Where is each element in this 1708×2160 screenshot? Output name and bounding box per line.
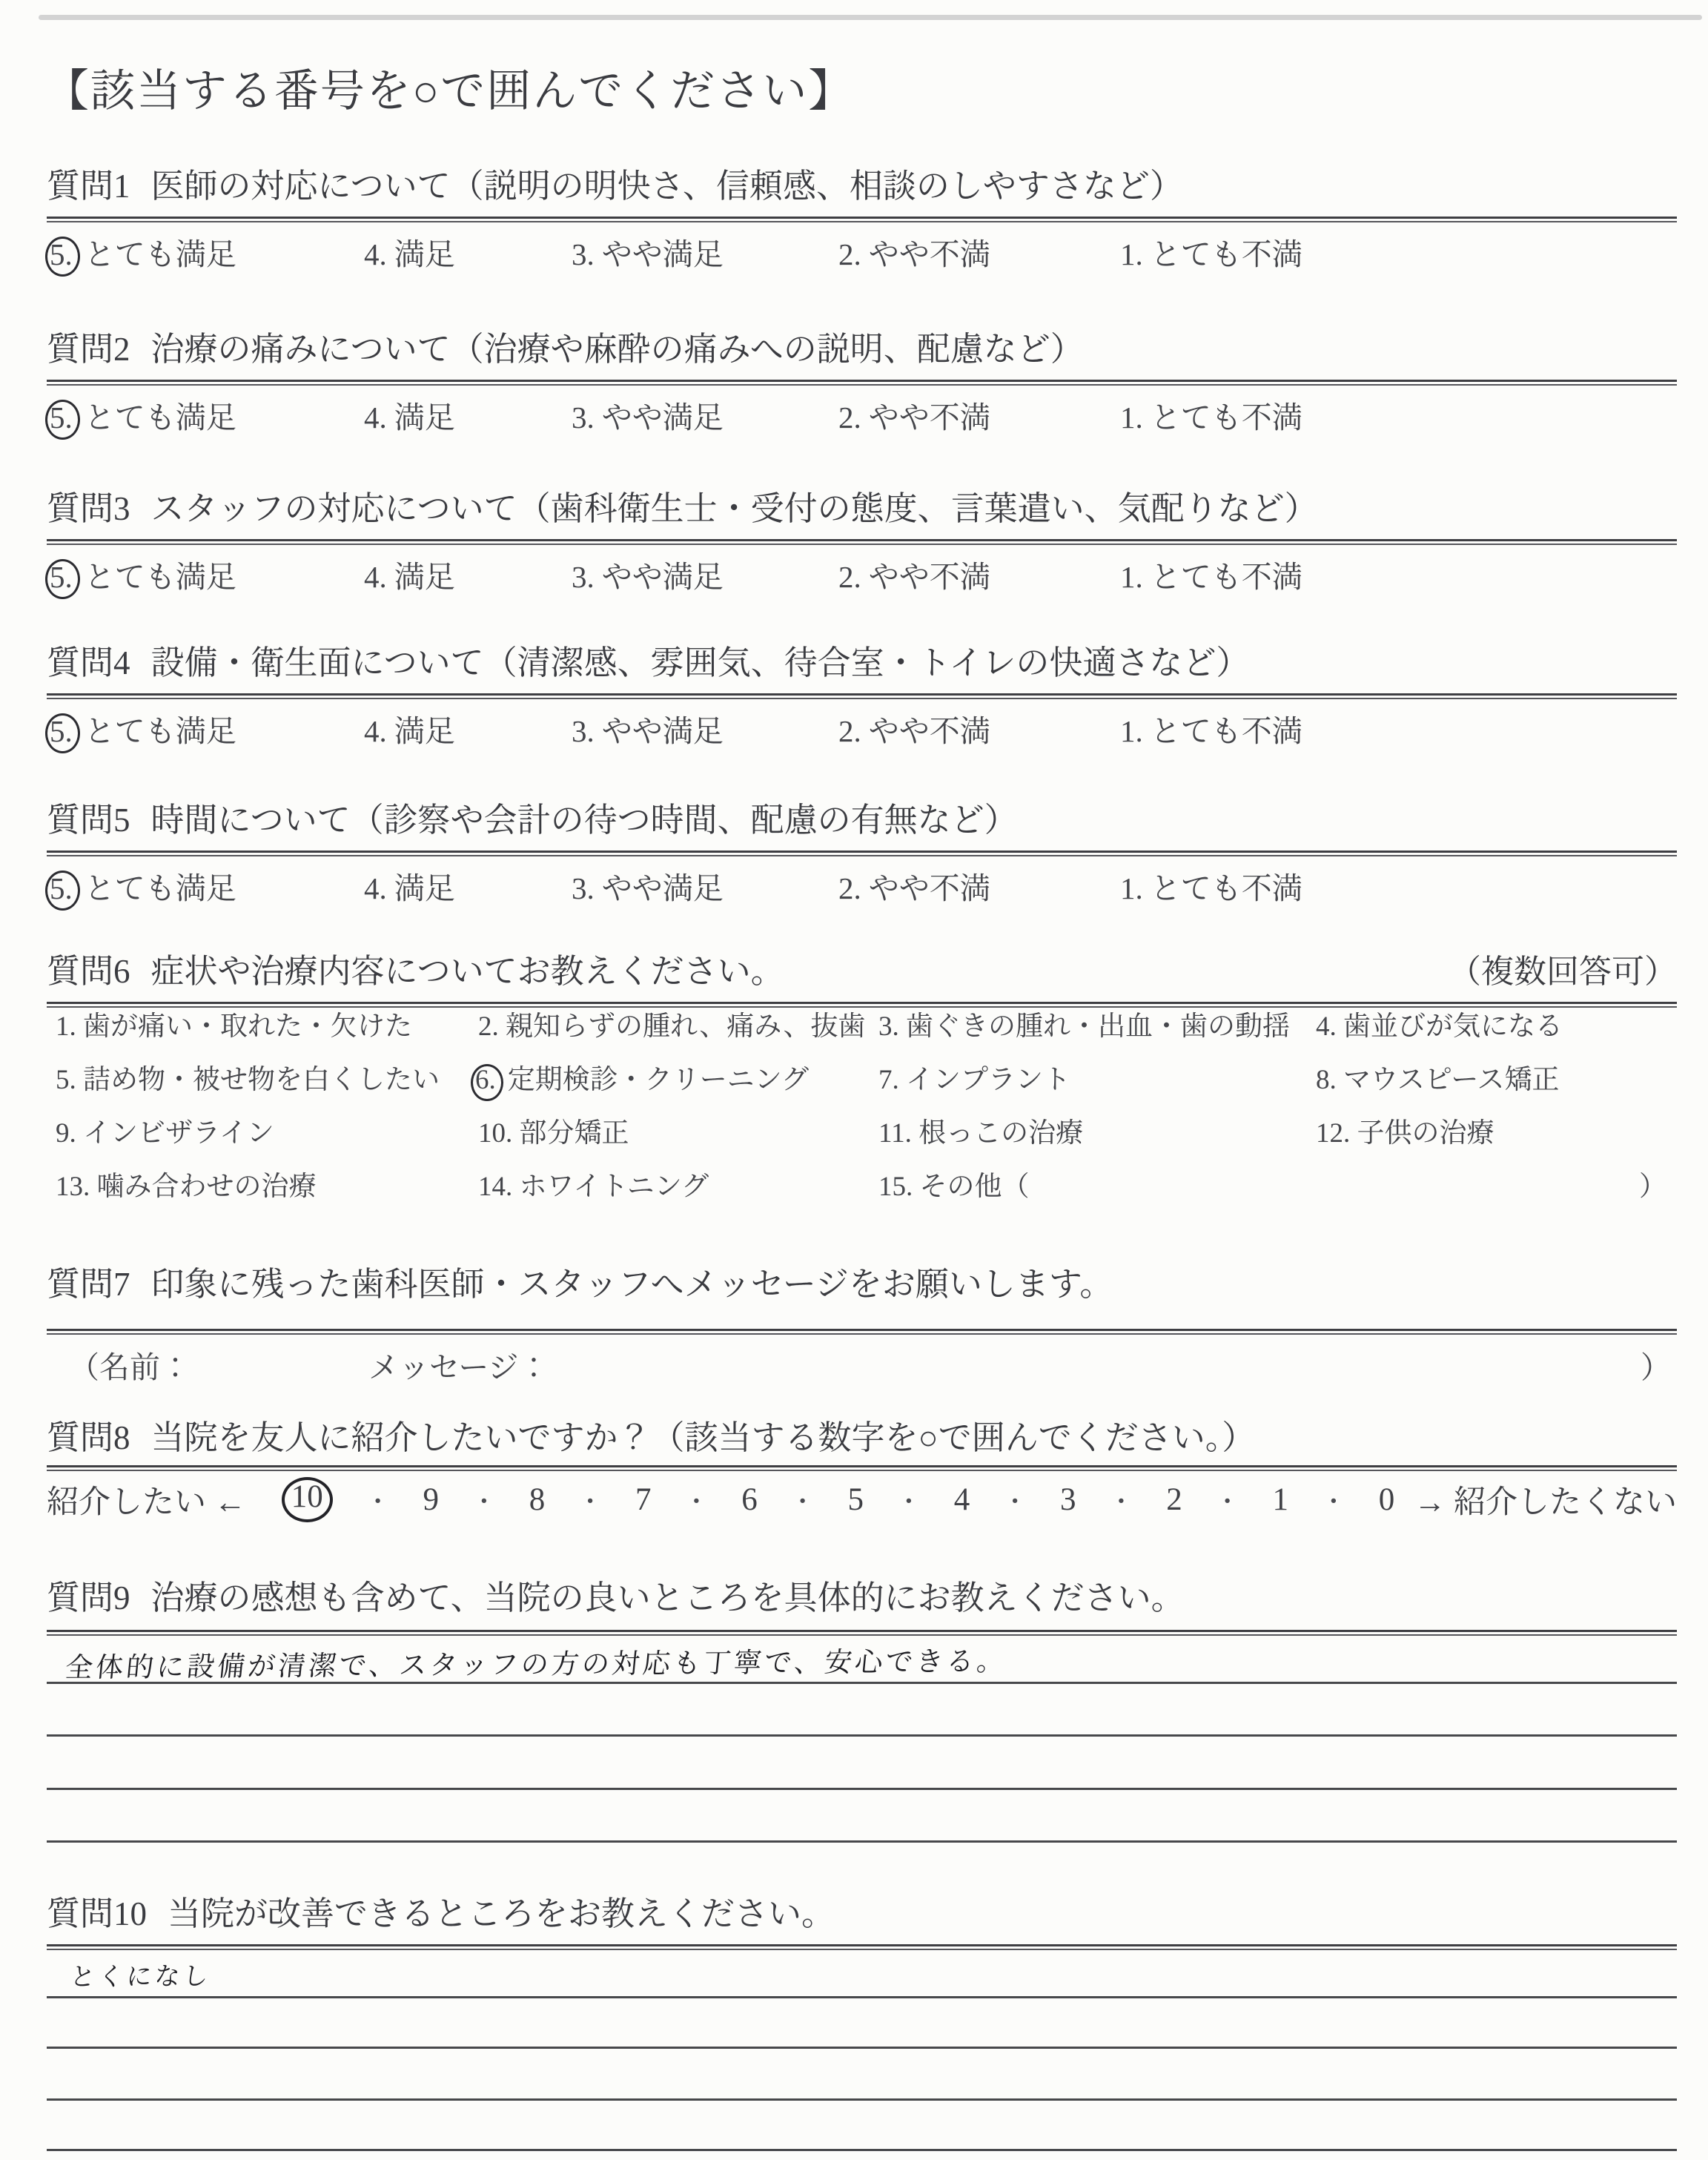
option-number: 10. (478, 1118, 512, 1149)
name-message-row: （名前： メッセージ： ） (47, 1343, 1677, 1387)
option-label: とても不満 (1151, 400, 1302, 435)
handwritten-answer: とくになし (69, 1955, 213, 1992)
rating-option-4: 4.満足 (364, 707, 455, 750)
option-number: 4. (1316, 1011, 1337, 1042)
writing-line (47, 2098, 1677, 2101)
option-label: 子供の治療 (1357, 1118, 1494, 1149)
question-9-title: 質問9治療の感想も含めて、当院の良いところを具体的にお教えください。 (47, 1576, 1677, 1619)
rating-option-1: 1.とても不満 (1120, 864, 1302, 908)
question-number: 質問8 (47, 1419, 130, 1456)
scale-number-1: 1 (1273, 1482, 1289, 1518)
rating-option-2: 2.やや不満 (838, 864, 990, 908)
writing-line (47, 2149, 1677, 2151)
question-5-section: 質問5時間について（診察や会計の待つ時間、配慮の有無など） 5.とても満足 4.… (47, 799, 1677, 842)
option-label: やや不満 (869, 560, 990, 594)
option-number: 2. (838, 871, 861, 905)
symptom-option-3: 3. 歯ぐきの腫れ・出血・歯の動揺 (878, 1010, 1316, 1044)
question-9-section: 質問9治療の感想も含めて、当院の良いところを具体的にお教えください。 全体的に設… (47, 1576, 1677, 1619)
option-label: 噛み合わせの治療 (97, 1172, 317, 1202)
scale-number-3: 3 (1060, 1482, 1076, 1518)
question-3-section: 質問3スタッフの対応について（歯科衛生士・受付の態度、言葉遣い、気配りなど） 5… (47, 487, 1677, 530)
message-field-label: メッセージ： (368, 1343, 549, 1387)
option-label: とても満足 (85, 871, 236, 905)
question-2-section: 質問2治療の痛みについて（治療や麻酔の痛みへの説明、配慮など） 5.とても満足 … (47, 328, 1677, 371)
option-label: 満足 (394, 560, 455, 594)
symptom-option-9: 9. インビザライン (56, 1117, 478, 1151)
dot-separator: ・ (1321, 1482, 1346, 1518)
option-number: 4. (364, 400, 387, 435)
question-10-title: 質問10当院が改善できるところをお教えください。 (47, 1892, 1677, 1935)
divider-rule (47, 693, 1677, 699)
rating-option-4: 4.満足 (364, 552, 455, 596)
question-text: 当院が改善できるところをお教えください。 (168, 1895, 835, 1932)
option-label: インビザライン (83, 1118, 274, 1149)
divider-rule (47, 1944, 1677, 1950)
option-number: 8. (1316, 1065, 1337, 1095)
rating-option-1: 1.とても不満 (1120, 707, 1302, 750)
option-label: とても満足 (85, 400, 236, 435)
scale-number-2: 2 (1166, 1482, 1182, 1518)
option-label: やや満足 (602, 237, 724, 271)
option-number: 7. (878, 1065, 899, 1095)
rating-options-q5: 5.とても満足 4.満足 3.やや満足 2.やや不満 1.とても不満 (47, 864, 1677, 907)
writing-line (47, 1682, 1677, 1684)
question-number: 質問7 (47, 1266, 130, 1303)
question-text: 治療の痛みについて（治療や麻酔の痛みへの説明、配慮など） (151, 331, 1084, 368)
rating-option-4: 4.満足 (364, 230, 455, 274)
question-text: 時間について（診察や会計の待つ時間、配慮の有無など） (151, 802, 1018, 839)
question-text: 印象に残った歯科医師・スタッフへメッセージをお願いします。 (151, 1266, 1113, 1303)
rating-option-3: 3.やや満足 (572, 552, 724, 596)
option-label: 歯並びが気になる (1343, 1011, 1563, 1042)
option-number: 1. (1120, 560, 1143, 594)
option-number: 2. (838, 237, 861, 271)
rating-option-5-selected: 5.とても満足 (53, 707, 236, 752)
rating-option-3: 3.やや満足 (572, 230, 724, 274)
rating-option-3: 3.やや満足 (572, 864, 724, 908)
rating-options-q3: 5.とても満足 4.満足 3.やや満足 2.やや不満 1.とても不満 (47, 552, 1677, 595)
question-number: 質問5 (47, 802, 130, 839)
option-number: 4. (364, 237, 387, 271)
question-number: 質問6 (47, 953, 130, 990)
option-label: 部分矯正 (520, 1118, 629, 1149)
handdrawn-circle: 5. (45, 559, 80, 599)
option-label: 歯が痛い・取れた・欠けた (83, 1011, 412, 1042)
question-number: 質問3 (47, 490, 130, 527)
dot-separator: ・ (471, 1482, 497, 1518)
option-number: 3. (572, 400, 595, 435)
symptom-option-15-other: 15. その他（ (878, 1170, 1316, 1204)
writing-line (47, 1788, 1677, 1790)
question-10-section: 質問10当院が改善できるところをお教えください。 とくになし (47, 1892, 1677, 1935)
divider-rule (47, 1329, 1677, 1335)
option-number: 2. (838, 400, 861, 435)
option-number: 3. (878, 1011, 899, 1042)
option-label: やや不満 (869, 237, 990, 271)
page-title: 【該当する番号を○で囲んでください】 (44, 65, 854, 117)
option-label: やや満足 (602, 400, 724, 435)
question-text: 症状や治療内容についてお教えください。 (151, 953, 784, 990)
option-number: 2. (478, 1011, 499, 1042)
option-label: その他（ (920, 1172, 1030, 1202)
scale-number-6: 6 (741, 1482, 758, 1518)
survey-form-page: 【該当する番号を○で囲んでください】 質問1医師の対応について（説明の明快さ、信… (0, 0, 1708, 2160)
option-number: 13. (56, 1172, 90, 1202)
option-label: 満足 (394, 400, 455, 435)
divider-rule (47, 217, 1677, 222)
option-label: 親知らずの腫れ、痛み、抜歯 (506, 1011, 865, 1042)
dot-separator: ・ (1215, 1482, 1240, 1518)
question-7-section: 質問7印象に残った歯科医師・スタッフへメッセージをお願いします。 （名前： メッ… (47, 1263, 1677, 1306)
question-text: 当院を友人に紹介したいですか？（該当する数字を○で囲んでください。） (151, 1419, 1256, 1456)
question-8-section: 質問8当院を友人に紹介したいですか？（該当する数字を○で囲んでください。） 紹介… (47, 1416, 1677, 1459)
close-paren: ） (1641, 1343, 1671, 1387)
rating-option-1: 1.とても不満 (1120, 552, 1302, 596)
scale-left-label: 紹介したい ← (47, 1477, 246, 1522)
handdrawn-circle: 5. (45, 713, 80, 753)
option-number: 1. (1120, 400, 1143, 435)
option-number: 3. (572, 237, 595, 271)
option-label: やや不満 (869, 871, 990, 905)
rating-option-4: 4.満足 (364, 393, 455, 437)
divider-rule (47, 380, 1677, 386)
question-5-title: 質問5時間について（診察や会計の待つ時間、配慮の有無など） (47, 799, 1677, 842)
nps-scale-row: 紹介したい ← 10 ・ 9 ・ 8 ・ 7 ・ 6 ・ 5 ・ 4 ・ 3 ・… (47, 1477, 1677, 1522)
writing-line (47, 1734, 1677, 1737)
symptom-option-6-selected: 6.定期検診・クリーニング (478, 1063, 878, 1100)
option-number: 4. (364, 871, 387, 905)
writing-line (47, 1996, 1677, 1998)
question-6-section: 質問6症状や治療内容についてお教えください。 （複数回答可） 1. 歯が痛い・取… (47, 950, 1677, 994)
symptom-option-5: 5. 詰め物・被せ物を白くしたい (56, 1063, 478, 1097)
question-number: 質問2 (47, 331, 130, 368)
option-number: 2. (838, 560, 861, 594)
question-3-title: 質問3スタッフの対応について（歯科衛生士・受付の態度、言葉遣い、気配りなど） (47, 487, 1677, 530)
handwritten-answer: 全体的に設備が清潔で、スタッフの方の対応も丁寧で、安心できる。 (64, 1639, 1010, 1685)
question-number: 質問1 (47, 168, 130, 205)
symptom-option-12: 12. 子供の治療 (1316, 1117, 1677, 1151)
symptom-option-2: 2. 親知らずの腫れ、痛み、抜歯 (478, 1010, 878, 1044)
option-label: とても満足 (85, 237, 236, 271)
divider-rule (47, 1465, 1677, 1471)
option-label: やや満足 (602, 560, 724, 594)
question-text: 治療の感想も含めて、当院の良いところを具体的にお教えください。 (151, 1579, 1185, 1616)
handdrawn-circle: 5. (45, 400, 80, 440)
option-number: 12. (1316, 1118, 1350, 1149)
dot-separator: ・ (1108, 1482, 1133, 1518)
symptom-option-8: 8. マウスピース矯正 (1316, 1063, 1677, 1097)
rating-option-2: 2.やや不満 (838, 230, 990, 274)
dot-separator: ・ (790, 1482, 815, 1518)
rating-option-3: 3.やや満足 (572, 707, 724, 750)
question-number: 質問9 (47, 1579, 130, 1616)
rating-options-q4: 5.とても満足 4.満足 3.やや満足 2.やや不満 1.とても不満 (47, 707, 1677, 750)
rating-option-1: 1.とても不満 (1120, 230, 1302, 274)
option-label: ホワイトニング (520, 1172, 709, 1202)
handdrawn-circle: 5. (45, 871, 80, 911)
option-number: 14. (478, 1172, 512, 1202)
question-text: スタッフの対応について（歯科衛生士・受付の態度、言葉遣い、気配りなど） (151, 490, 1318, 527)
scale-number-5: 5 (848, 1482, 864, 1518)
dot-separator: ・ (1002, 1482, 1027, 1518)
option-number: 15. (878, 1172, 913, 1202)
rating-option-5-selected: 5.とても満足 (53, 393, 236, 438)
option-label: やや不満 (869, 400, 990, 435)
option-label: とても不満 (1151, 714, 1302, 748)
question-4-title: 質問4設備・衛生面について（清潔感、雰囲気、待合室・トイレの快適さなど） (47, 641, 1677, 684)
divider-rule (47, 539, 1677, 545)
handdrawn-circle-10-selected: 10 (282, 1477, 333, 1522)
rating-option-2: 2.やや不満 (838, 552, 990, 596)
option-number: 1. (1120, 714, 1143, 748)
symptom-option-4: 4. 歯並びが気になる (1316, 1010, 1677, 1044)
option-label: 詰め物・被せ物を白くしたい (83, 1065, 440, 1095)
rating-option-2: 2.やや不満 (838, 393, 990, 437)
symptom-option-14: 14. ホワイトニング (478, 1170, 878, 1204)
scale-number-8: 8 (529, 1482, 546, 1518)
name-field-label: （名前： (69, 1343, 191, 1387)
multiple-answer-note: （複数回答可） (1449, 951, 1677, 994)
option-label: とても不満 (1151, 871, 1302, 905)
option-label: 満足 (394, 237, 455, 271)
rating-option-2: 2.やや不満 (838, 707, 990, 750)
scale-right-label: → 紹介したくない (1414, 1477, 1677, 1522)
option-number: 4. (364, 560, 387, 594)
option-label: とても不満 (1151, 237, 1302, 271)
question-1-section: 質問1医師の対応について（説明の明快さ、信頼感、相談のしやすさなど） 5.とても… (47, 165, 1677, 208)
scale-number-7: 7 (635, 1482, 652, 1518)
option-number: 4. (364, 714, 387, 748)
question-1-title: 質問1医師の対応について（説明の明快さ、信頼感、相談のしやすさなど） (47, 165, 1677, 208)
question-6-title: 質問6症状や治療内容についてお教えください。 （複数回答可） (47, 950, 1677, 994)
writing-line (47, 2047, 1677, 2049)
option-number: 1. (1120, 237, 1143, 271)
rating-option-5-selected: 5.とても満足 (53, 864, 236, 909)
option-number: 3. (572, 560, 595, 594)
divider-rule (47, 851, 1677, 856)
question-number: 質問10 (47, 1895, 147, 1932)
question-text: 設備・衛生面について（清潔感、雰囲気、待合室・トイレの快適さなど） (151, 644, 1250, 681)
writing-line (47, 1840, 1677, 1843)
option-number: 9. (56, 1118, 76, 1149)
option-label: 根っこの治療 (918, 1118, 1083, 1149)
rating-option-5-selected: 5.とても満足 (53, 552, 236, 598)
dot-separator: ・ (896, 1482, 921, 1518)
rating-options-q2: 5.とても満足 4.満足 3.やや満足 2.やや不満 1.とても不満 (47, 393, 1677, 436)
option-label: 歯ぐきの腫れ・出血・歯の動揺 (906, 1011, 1290, 1042)
option-number: 11. (878, 1118, 912, 1149)
dot-separator: ・ (577, 1482, 603, 1518)
question-4-section: 質問4設備・衛生面について（清潔感、雰囲気、待合室・トイレの快適さなど） 5.と… (47, 641, 1677, 684)
option-number: 5. (56, 1065, 76, 1095)
option-number: 1. (1120, 871, 1143, 905)
option-label: やや不満 (869, 714, 990, 748)
option-label: やや満足 (602, 714, 724, 748)
dot-separator: ・ (683, 1482, 709, 1518)
question-text: 医師の対応について（説明の明快さ、信頼感、相談のしやすさなど） (151, 168, 1183, 205)
question-7-title: 質問7印象に残った歯科医師・スタッフへメッセージをお願いします。 (47, 1263, 1677, 1306)
option-label: 満足 (394, 714, 455, 748)
option-label: やや満足 (602, 871, 724, 905)
symptom-option-10: 10. 部分矯正 (478, 1117, 878, 1151)
other-close-paren: ） (1639, 1170, 1677, 1204)
dot-separator: ・ (365, 1482, 391, 1518)
rating-option-4: 4.満足 (364, 864, 455, 908)
symptom-option-13: 13. 噛み合わせの治療 (56, 1170, 478, 1204)
option-label: とても満足 (85, 560, 236, 594)
symptom-option-11: 11. 根っこの治療 (878, 1117, 1316, 1151)
scale-number-4: 4 (954, 1482, 970, 1518)
option-number: 2. (838, 714, 861, 748)
option-label: マウスピース矯正 (1343, 1065, 1560, 1095)
question-number: 質問4 (47, 644, 130, 681)
option-number: 1. (56, 1011, 76, 1042)
rating-options-q1: 5.とても満足 4.満足 3.やや満足 2.やや不満 1.とても不満 (47, 230, 1677, 273)
option-label: 定期検診・クリーニング (508, 1065, 809, 1095)
scale-number-9: 9 (423, 1482, 440, 1518)
rating-option-3: 3.やや満足 (572, 393, 724, 437)
option-number: 3. (572, 714, 595, 748)
handdrawn-circle: 5. (45, 237, 80, 277)
question-8-title: 質問8当院を友人に紹介したいですか？（該当する数字を○で囲んでください。） (47, 1416, 1677, 1459)
scale-number-0: 0 (1379, 1482, 1395, 1518)
option-label: 満足 (394, 871, 455, 905)
scan-artifact-line (39, 15, 1702, 20)
option-label: とても満足 (85, 714, 236, 748)
rating-option-1: 1.とても不満 (1120, 393, 1302, 437)
symptom-option-7: 7. インプラント (878, 1063, 1316, 1097)
nps-scale-numbers: 10 ・ 9 ・ 8 ・ 7 ・ 6 ・ 5 ・ 4 ・ 3 ・ 2 ・ 1 ・ (282, 1482, 1395, 1518)
symptom-options-grid: 1. 歯が痛い・取れた・欠けた 2. 親知らずの腫れ、痛み、抜歯 3. 歯ぐきの… (56, 1010, 1677, 1223)
symptom-option-1: 1. 歯が痛い・取れた・欠けた (56, 1010, 478, 1044)
rating-option-5-selected: 5.とても満足 (53, 230, 236, 275)
option-label: インプラント (906, 1065, 1070, 1095)
question-2-title: 質問2治療の痛みについて（治療や麻酔の痛みへの説明、配慮など） (47, 328, 1677, 371)
divider-rule (47, 1002, 1677, 1008)
handdrawn-circle: 6. (471, 1064, 503, 1101)
option-number: 3. (572, 871, 595, 905)
divider-rule (47, 1630, 1677, 1636)
option-label: とても不満 (1151, 560, 1302, 594)
